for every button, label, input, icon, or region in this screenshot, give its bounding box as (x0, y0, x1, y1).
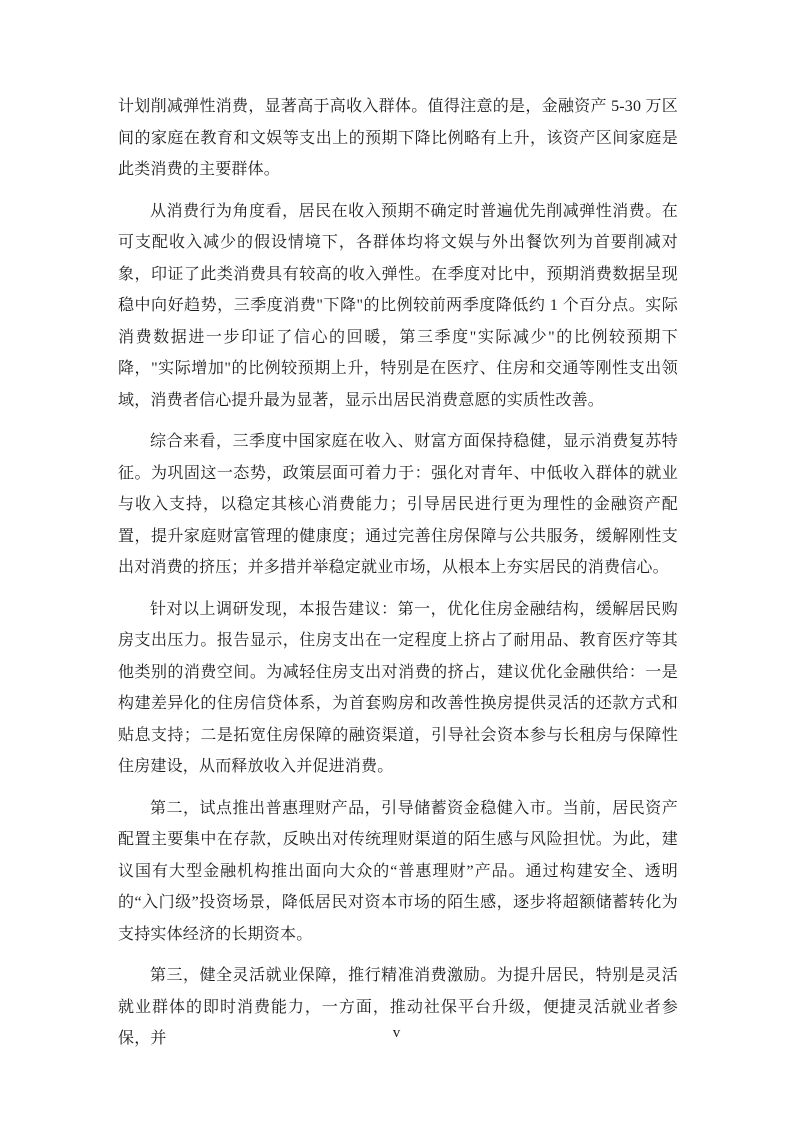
paragraph-consumer-behavior: 从消费行为角度看，居民在收入预期不确定时普遍优先削减弹性消费。在可支配收入减少的… (118, 196, 678, 417)
document-page: 计划削减弹性消费，显著高于高收入群体。值得注意的是，金融资产 5-30 万区间的… (0, 0, 793, 1122)
text-content: 计划削减弹性消费，显著高于高收入群体。值得注意的是，金融资产 5-30 万区间的… (118, 91, 678, 1055)
page-number: v (0, 1024, 793, 1042)
paragraph-recommendation-1-housing: 针对以上调研发现，本报告建议：第一，优化住房金融结构，缓解居民购房支出压力。报告… (118, 594, 678, 783)
paragraph-summary-policy: 综合来看，三季度中国家庭在收入、财富方面保持稳健，显示消费复苏特征。为巩固这一态… (118, 426, 678, 584)
paragraph-continuation: 计划削减弹性消费，显著高于高收入群体。值得注意的是，金融资产 5-30 万区间的… (118, 91, 678, 186)
paragraph-recommendation-2-wealth: 第二，试点推出普惠理财产品，引导储蓄资金稳健入市。当前，居民资产配置主要集中在存… (118, 793, 678, 951)
